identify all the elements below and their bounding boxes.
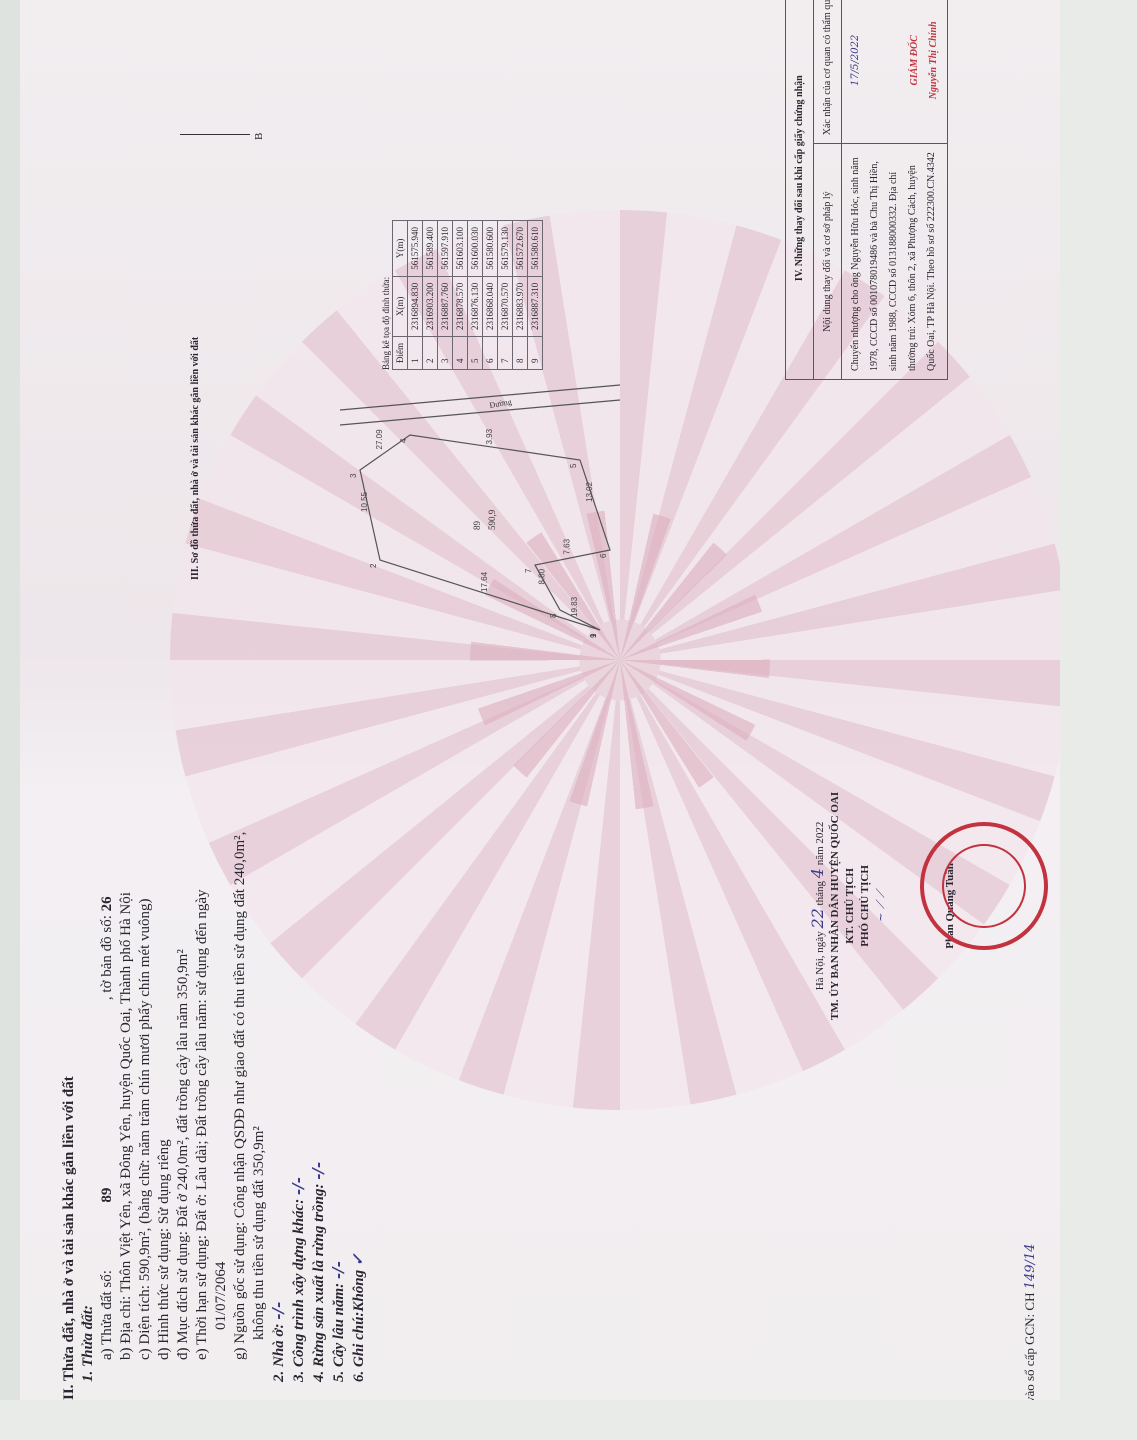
road-line — [340, 400, 620, 425]
change-confirmation: 17/5/2022 GIÁM ĐỐC Nguyễn Thị Chính — [842, 0, 948, 144]
origin-value: Công nhận QSDĐ như giao đất có thu tiền … — [232, 832, 248, 1219]
svg-text:4: 4 — [399, 438, 408, 443]
term-date: 01/07/2064 — [212, 832, 231, 1400]
kt-title: KT. CHỦ TỊCH — [843, 792, 858, 1020]
svg-text:8.80: 8.80 — [538, 568, 547, 584]
origin-row: g) Nguồn gốc sử dụng: Công nhận QSDĐ như… — [231, 832, 250, 1400]
forest-row: 4. Rừng sản xuất là rừng trồng: -/- — [309, 832, 329, 1400]
land-certificate-page: II. Thửa đất, nhà ở và tài sản khác gắn … — [20, 0, 1080, 1440]
map-sheet-number: 26 — [99, 896, 115, 911]
coords-header: Điểm — [393, 337, 408, 370]
address-value: Thôn Việt Yên, xã Đông Yên, huyện Quốc O… — [118, 892, 134, 1292]
usage-form-row: d) Hình thức sử dụng: Sử dụng riêng — [155, 832, 174, 1400]
changes-col-content: Nội dung thay đổi và cơ sở pháp lý — [814, 144, 842, 380]
svg-text:2: 2 — [369, 563, 378, 568]
table-row: 22316903.200561589.400 — [423, 221, 438, 370]
entry-line: Chuyển nhượng cho ông Nguyễn Hữu Hóc, si… — [846, 152, 865, 371]
area-value: 590,9m², (bằng chữ: năm trăm chín mươi p… — [137, 898, 153, 1281]
svg-text:19.83: 19.83 — [570, 596, 579, 617]
term-row: e) Thời hạn sử dụng: Đất ở: Lâu dài; Đất… — [193, 832, 212, 1400]
north-arrow-line — [180, 134, 250, 135]
svg-text:13.02: 13.02 — [585, 481, 594, 502]
stamp-emblem — [942, 844, 1026, 928]
svg-text:6: 6 — [599, 553, 608, 558]
svg-text:9: 9 — [589, 633, 598, 638]
entry-line: thường trú: Xóm 6, thôn 2, xã Phượng Các… — [903, 152, 922, 371]
official-stamp — [920, 822, 1048, 950]
confirm-title: GIÁM ĐỐC — [905, 0, 924, 135]
section-ii: II. Thửa đất, nhà ở và tài sản khác gắn … — [60, 832, 369, 1400]
section-iii-title: III. Sơ đồ thửa đất, nhà ở và tài sản kh… — [190, 337, 202, 580]
svg-text:7: 7 — [524, 568, 533, 573]
table-row: 72316870.570561579.130 — [498, 221, 513, 370]
section-iv: IV. Những thay đổi sau khi cấp giấy chứn… — [785, 0, 948, 380]
cert-number: Số vào sổ cấp GCN: CH 149/14 — [1020, 1244, 1040, 1420]
term-value: Đất ở: Lâu dài; Đất trồng cây lâu năm: s… — [194, 890, 210, 1232]
svg-text:Đường: Đường — [489, 397, 513, 410]
area-row: c) Diện tích: 590,9m², (bằng chữ: năm tr… — [136, 832, 155, 1400]
construction-row: 3. Công trình xây dựng khác: -/- — [289, 832, 309, 1400]
north-arrow: B — [180, 133, 269, 140]
table-row: 32316887.760561597.910 — [438, 221, 453, 370]
section-ii-title: II. Thửa đất, nhà ở và tài sản khác gắn … — [60, 832, 79, 1400]
parcel-number-row: a) Thửa đất số: 89 , tờ bản đồ số: 26 — [98, 832, 117, 1400]
table-row: 42316878.570561603.100 — [453, 221, 468, 370]
coords-table-caption: Bảng kê tọa độ đỉnh thửa: — [380, 220, 392, 370]
usage-form-value: Sử dụng riêng — [156, 1139, 172, 1224]
vice-chair-title: PHÓ CHỦ TỊCH — [858, 792, 873, 1020]
photo-stage: II. Thửa đất, nhà ở và tài sản khác gắn … — [0, 0, 1137, 1440]
table-row: 82316883.970561572.670 — [513, 221, 528, 370]
coords-header: X(m) — [393, 276, 408, 336]
table-surface-bottom — [0, 1400, 1137, 1440]
table-surface-right — [1060, 0, 1137, 1440]
svg-text:7.63: 7.63 — [563, 538, 572, 554]
perennial-row: 5. Cây lâu năm: -/- — [329, 832, 349, 1400]
purpose-value: Đất ở 240,0m², đất trồng cây lâu năm 350… — [175, 949, 191, 1227]
svg-text:17.64: 17.64 — [480, 571, 489, 592]
entry-line: 1978, CCCD số 001078019486 và bà Chu Thị… — [865, 152, 884, 371]
purpose-row: đ) Mục đích sử dụng: Đất ở 240,0m², đất … — [174, 832, 193, 1400]
parcel-number: 89 — [99, 1188, 115, 1203]
land-heading: 1. Thửa đất: — [79, 832, 98, 1400]
coords-table: ĐiểmX(m)Y(m) 12316894.830561575.94022316… — [392, 220, 543, 370]
svg-text:8: 8 — [549, 613, 558, 618]
house-row: 2. Nhà ở: -/- — [269, 832, 289, 1400]
section-iv-title: IV. Những thay đổi sau khi cấp giấy chứn… — [786, 0, 814, 380]
table-row: 52316876.130561600.030 — [468, 221, 483, 370]
svg-text:3.93: 3.93 — [485, 428, 494, 444]
table-row: 12316894.830561575.940 — [408, 221, 423, 370]
svg-text:27.09: 27.09 — [375, 429, 384, 450]
confirm-name: Nguyễn Thị Chính — [924, 0, 943, 135]
changes-table: IV. Những thay đổi sau khi cấp giấy chứn… — [785, 0, 948, 380]
svg-text:590,9: 590,9 — [487, 509, 497, 530]
coords-table-wrap: Bảng kê tọa độ đỉnh thửa: ĐiểmX(m)Y(m) 1… — [380, 220, 543, 370]
table-row: 62316868.040561580.600 — [483, 221, 498, 370]
entry-line: sinh năm 1988, CCCD số 013188000332. Địa… — [884, 152, 903, 371]
change-entry: Chuyển nhượng cho ông Nguyễn Hữu Hóc, si… — [842, 144, 948, 380]
origin-line-2: không thu tiền sử dụng đất 350,9m² — [250, 832, 269, 1400]
address-row: b) Địa chỉ: Thôn Việt Yên, xã Đông Yên, … — [117, 832, 136, 1400]
svg-text:89: 89 — [472, 521, 482, 531]
svg-text:5: 5 — [569, 463, 578, 468]
svg-text:3: 3 — [349, 473, 358, 478]
svg-text:10.55: 10.55 — [360, 491, 369, 512]
entry-line: Quốc Oai, TP Hà Nội. Theo hồ sơ số 22230… — [922, 152, 941, 371]
coords-header: Y(m) — [393, 221, 408, 277]
changes-col-confirm: Xác nhận của cơ quan có thẩm quyền — [814, 0, 842, 144]
note-row: 6. Ghi chú:Không ✓ — [349, 832, 369, 1400]
table-row: 92316887.310561580.610 — [528, 221, 543, 370]
parcel-sketch: 17.6410.5527.093.9313.027.638.8019.83 12… — [320, 350, 640, 670]
issuing-org: TM. ỦY BAN NHÂN DÂN HUYỆN QUỐC OAI — [828, 792, 843, 1020]
issue-date: Hà Nội, ngày 22 tháng 4 năm 2022 — [810, 792, 828, 1020]
